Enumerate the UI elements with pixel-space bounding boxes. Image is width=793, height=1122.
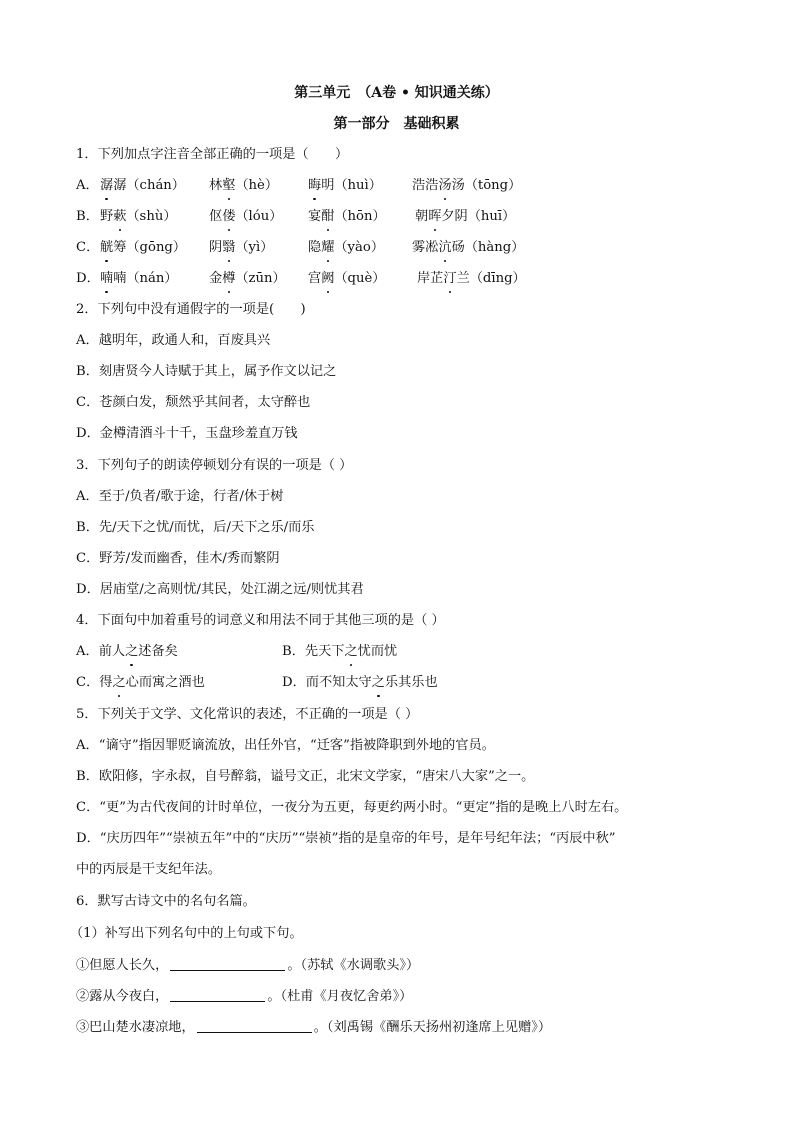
q3-option-a: A．至于/负者/歌于途，行者/休于树 [76,488,283,506]
emphasis-dot-char: 喃 [100,270,113,288]
emphasis-dot-char: 阙 [321,270,334,288]
emphasis-dot-char: 偻 [222,208,235,226]
q5-option-a: A．“谪守”指因罪贬谪流放，出任外官，“迁客”指被降职到外地的官员。 [76,737,495,755]
q5-option-b: B．欧阳修，字永叔，自号醉翁，谥号文正，北宋文学家，“唐宋八大家”之一。 [76,768,534,786]
emphasis-dot-char: 酣 [321,208,334,226]
pinyin-term: 阴翳（yì） [209,239,273,257]
q5-option-d: D．“庆历四年”“崇祯五年”中的“庆历”“崇祯”指的是皇帝的年号，是年号纪年法；… [76,830,616,848]
q4-option-b: B．先天下之忧而忧 [282,643,397,661]
pinyin-term: 雾凇沆砀（hàng） [412,239,524,257]
answer-blank[interactable] [197,1018,312,1033]
answer-blank[interactable] [170,987,265,1002]
pinyin-term: 伛偻（lóu） [209,208,282,226]
q4-stem: 4．下面句中加着重号的词意义和用法不同于其他三项的是（ ） [76,612,445,630]
q6-subquestion: （1）补写出下列名句中的上句或下句。 [70,925,303,943]
q5-option-d-continued: 中的丙辰是干支纪年法。 [76,861,221,879]
pinyin-term: 喃喃（nán） [100,270,178,288]
emphasis-dot-char: 沆 [438,239,451,257]
unit-title: 第三单元 （A卷 • 知识通关练） [0,82,793,102]
pinyin-term: 岸芷汀兰（dīng） [417,270,526,288]
q6-item-3: ③巴山楚水凄凉地，。（刘禹锡《酬乐天扬州初逢席上见赠》） [76,1018,551,1037]
q5-option-c: C．“更”为古代夜间的计时单位，一夜分为五更，每更约两小时。“更定”指的是晚上八… [76,799,627,817]
emphasis-dot-char: 蔌 [113,208,126,226]
emphasis-dot-char: 之 [112,674,125,692]
document-page: 第三单元 （A卷 • 知识通关练） 第一部分 基础积累 1．下列加点字注音全部正… [0,0,793,1122]
emphasis-dot-char: 汀 [443,270,456,288]
answer-blank[interactable] [170,956,285,971]
emphasis-dot-char: 晦 [308,177,321,195]
emphasis-dot-char: 汤 [438,177,451,195]
pinyin-term: 野蔌（shù） [100,208,177,226]
q6-item-1: ①但愿人长久，。（苏轼《水调歌头》） [76,956,419,975]
option-label: B． [76,208,99,226]
part-title: 第一部分 基础积累 [0,113,793,133]
q2-option-c: C．苍颜白发，颓然乎其间者，太守醉也 [76,394,310,412]
q3-option-c: C．野芳/发而幽香，佳木/秀而繁阴 [76,550,280,568]
pinyin-term: 朝晖夕阴（huī） [415,208,515,226]
option-label: A． [76,177,99,195]
pinyin-term: 宫阙（què） [308,270,386,288]
q2-option-a: A．越明年，政通人和，百废具兴 [76,332,270,350]
q3-stem: 3．下列句子的朗读停顿划分有误的一项是（ ） [76,457,352,475]
pinyin-term: 觥筹（gōng） [100,239,186,257]
emphasis-dot-char: 翳 [222,239,235,257]
emphasis-dot-char: 之 [344,643,357,661]
emphasis-dot-char: 樽 [222,270,235,288]
emphasis-dot-char: 之 [372,674,385,692]
pinyin-term: 浩浩汤汤（tōng） [412,177,521,195]
q4-option-c: C．得之心而寓之酒也 [76,674,205,692]
q3-option-d: D．居庙堂/之高则忧/其民，处江湖之远/则忧其君 [76,581,364,599]
q5-stem: 5．下列关于文学、文化常识的表述，不正确的一项是（ ） [76,706,418,724]
pinyin-term: 隐耀（yào） [308,239,384,257]
emphasis-dot-char: 耀 [321,239,334,257]
emphasis-dot-char: 之 [125,643,138,661]
pinyin-term: 宴酣（hōn） [308,208,386,226]
option-label: D． [76,270,100,288]
pinyin-term: 金樽（zūn） [209,270,286,288]
q6-stem: 6．默写古诗文中的名句名篇。 [76,893,256,911]
emphasis-dot-char: 觥 [100,239,113,257]
pinyin-term: 潺潺（chán） [100,177,185,195]
pinyin-term: 晦明（huì） [308,177,382,195]
q1-stem: 1．下列加点字注音全部正确的一项是（ ） [76,146,348,164]
q6-item-2: ②露从今夜白，。（杜甫《月夜忆舍弟》） [76,987,412,1006]
emphasis-dot-char: 晖 [428,208,441,226]
q4-option-d: D．而不知太守之乐其乐也 [282,674,438,692]
emphasis-dot-char: 潺 [100,177,113,195]
q3-option-b: B．先/天下之忧/而忧，后/天下之乐/而乐 [76,519,314,537]
option-label: C． [76,239,99,257]
q2-option-b: B．刻唐贤今人诗赋于其上，属予作文以记之 [76,363,336,381]
q2-option-d: D．金樽清酒斗十千，玉盘珍羞直万钱 [76,425,298,443]
q4-option-a: A．前人之述备矣 [76,643,178,661]
q2-stem: 2．下列句中没有通假字的一项是( ) [76,301,306,319]
emphasis-dot-char: 壑 [222,177,235,195]
pinyin-term: 林壑（hè） [209,177,278,195]
